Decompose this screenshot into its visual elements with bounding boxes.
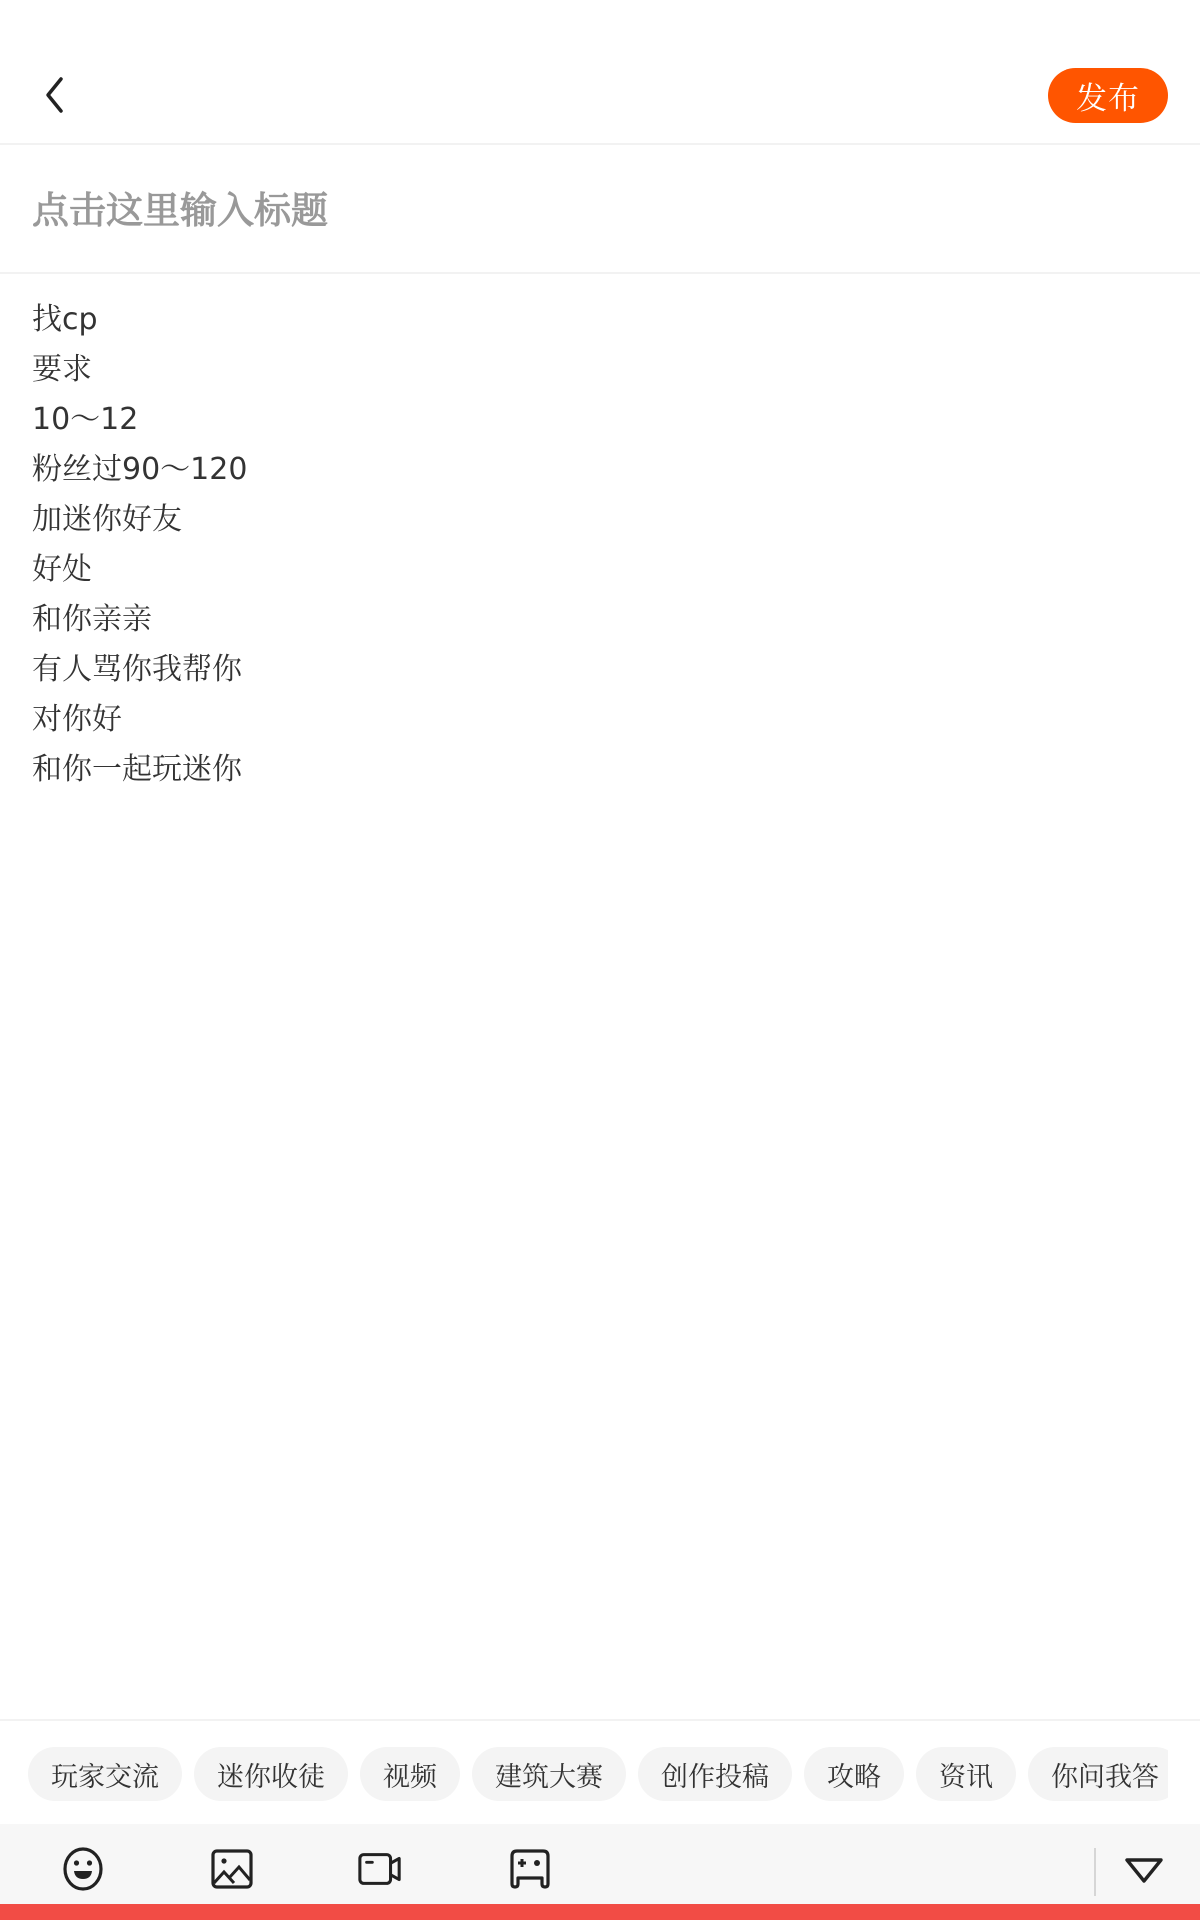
image-button[interactable] xyxy=(209,1846,255,1892)
image-icon xyxy=(209,1846,255,1892)
chevron-left-icon xyxy=(43,75,67,115)
content-line: 找cp xyxy=(32,295,1162,345)
tag-chip[interactable]: 资讯 xyxy=(916,1747,1016,1801)
content-line: 和你亲亲 xyxy=(32,595,1162,645)
emoji-icon xyxy=(60,1846,106,1892)
video-button[interactable] xyxy=(357,1846,403,1892)
toolbar-divider xyxy=(1094,1848,1096,1896)
title-input[interactable] xyxy=(32,182,1162,238)
tag-chip[interactable]: 视频 xyxy=(360,1747,460,1801)
tag-chip[interactable]: 迷你收徒 xyxy=(194,1747,348,1801)
content-line: 加迷你好友 xyxy=(32,495,1162,545)
tag-chip[interactable]: 创作投稿 xyxy=(638,1747,792,1801)
content-line: 10～12 xyxy=(32,395,1162,445)
bottom-accent-bar xyxy=(0,1904,1200,1920)
topic-tags-scroller[interactable]: 玩家交流 迷你收徒 视频 建筑大赛 创作投稿 攻略 资讯 你问我答 xyxy=(28,1747,1168,1801)
content-line: 好处 xyxy=(32,545,1162,595)
content-line: 粉丝过90～120 xyxy=(32,445,1162,495)
editor-toolbar xyxy=(0,1824,1200,1904)
content-line: 对你好 xyxy=(32,695,1162,745)
tag-chip[interactable]: 攻略 xyxy=(804,1747,904,1801)
game-button[interactable] xyxy=(507,1846,553,1892)
emoji-button[interactable] xyxy=(60,1846,106,1892)
tag-chip[interactable]: 你问我答 xyxy=(1028,1747,1168,1801)
content-line: 和你一起玩迷你 xyxy=(32,745,1162,795)
game-icon xyxy=(507,1846,553,1892)
triangle-down-icon xyxy=(1121,1846,1167,1892)
tag-chip[interactable]: 建筑大赛 xyxy=(472,1747,626,1801)
header-bar: 发布 xyxy=(0,0,1200,145)
collapse-button[interactable] xyxy=(1121,1846,1167,1892)
title-row xyxy=(0,146,1200,274)
publish-button[interactable]: 发布 xyxy=(1048,68,1168,123)
content-line: 要求 xyxy=(32,345,1162,395)
tag-chip[interactable]: 玩家交流 xyxy=(28,1747,182,1801)
content-line: 有人骂你我帮你 xyxy=(32,645,1162,695)
video-icon xyxy=(357,1846,403,1892)
back-button[interactable] xyxy=(30,70,80,120)
topic-tags-bar: 玩家交流 迷你收徒 视频 建筑大赛 创作投稿 攻略 资讯 你问我答 xyxy=(0,1719,1200,1824)
content-editor[interactable]: 找cp 要求 10～12 粉丝过90～120 加迷你好友 好处 和你亲亲 有人骂… xyxy=(32,295,1162,795)
